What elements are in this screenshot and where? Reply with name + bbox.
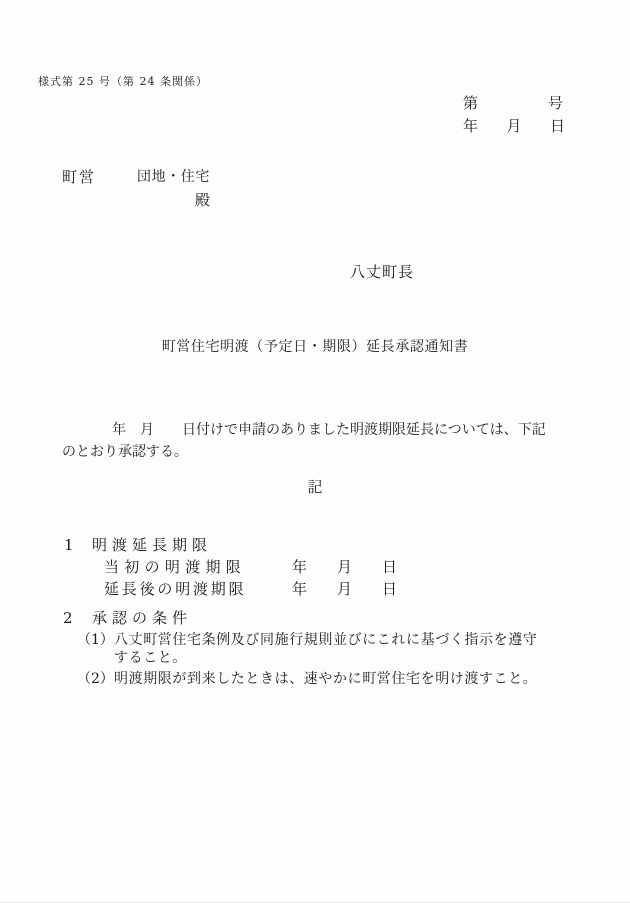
date-day-label: 日 [550,117,565,135]
sender-title: 八丈町長 [350,263,414,281]
body-line-2: のとおり承認する。 [62,443,188,461]
condition-1-number: （1） [77,631,114,649]
record-mark: 記 [0,478,630,496]
addressee-owner: 町営 [62,168,96,186]
doc-number-suffix: 号 [548,94,563,112]
body-line-1: 年 月 日付けで申請のありました明渡期限延長については、下記 [112,421,546,439]
addressee-honorific: 殿 [195,191,210,209]
section2-heading: 承認の条件 [92,609,192,627]
condition-2-line-1: 明渡期限が到来したときは、速やかに町営住宅を明け渡すこと。 [114,670,537,688]
date-month-label: 月 [506,117,521,135]
addressee-estate: 団地・住宅 [137,168,210,186]
section1-heading: 明渡延長期限 [92,536,212,554]
doc-number-prefix: 第 [463,94,478,112]
condition-1-line-1: 八丈町営住宅条例及び同施行規則並びにこれに基づく指示を遵守 [114,631,537,649]
condition-2-number: （2） [77,670,114,688]
deadline-row-original-month: 月 [337,558,352,576]
deadline-row-original-label: 当初の明渡期限 [104,558,246,576]
deadline-row-extended-year: 年 [292,580,307,598]
deadline-row-extended-month: 月 [337,580,352,598]
document-page: 様式第 25 号（第 24 条関係） 第 号 年 月 日 町営 団地・住宅 殿 … [0,0,630,903]
deadline-row-original-day: 日 [382,558,397,576]
deadline-row-original-year: 年 [292,558,307,576]
document-title: 町営住宅明渡（予定日・期限）延長承認通知書 [0,338,630,356]
section1-number: 1 [64,536,74,554]
doc-number-line: 第 号 [463,94,563,112]
deadline-row-extended: 延長後の明渡期限 年 月 日 [0,580,630,598]
date-line: 年 月 日 [463,117,565,135]
deadline-row-extended-label: 延長後の明渡期限 [104,580,246,598]
form-style-number: 様式第 25 号（第 24 条関係） [38,73,208,91]
date-year-label: 年 [463,117,478,135]
section2-number: 2 [63,609,73,627]
deadline-row-original: 当初の明渡期限 年 月 日 [0,558,630,576]
condition-1-line-2: すること。 [114,649,187,667]
deadline-row-extended-day: 日 [382,580,397,598]
